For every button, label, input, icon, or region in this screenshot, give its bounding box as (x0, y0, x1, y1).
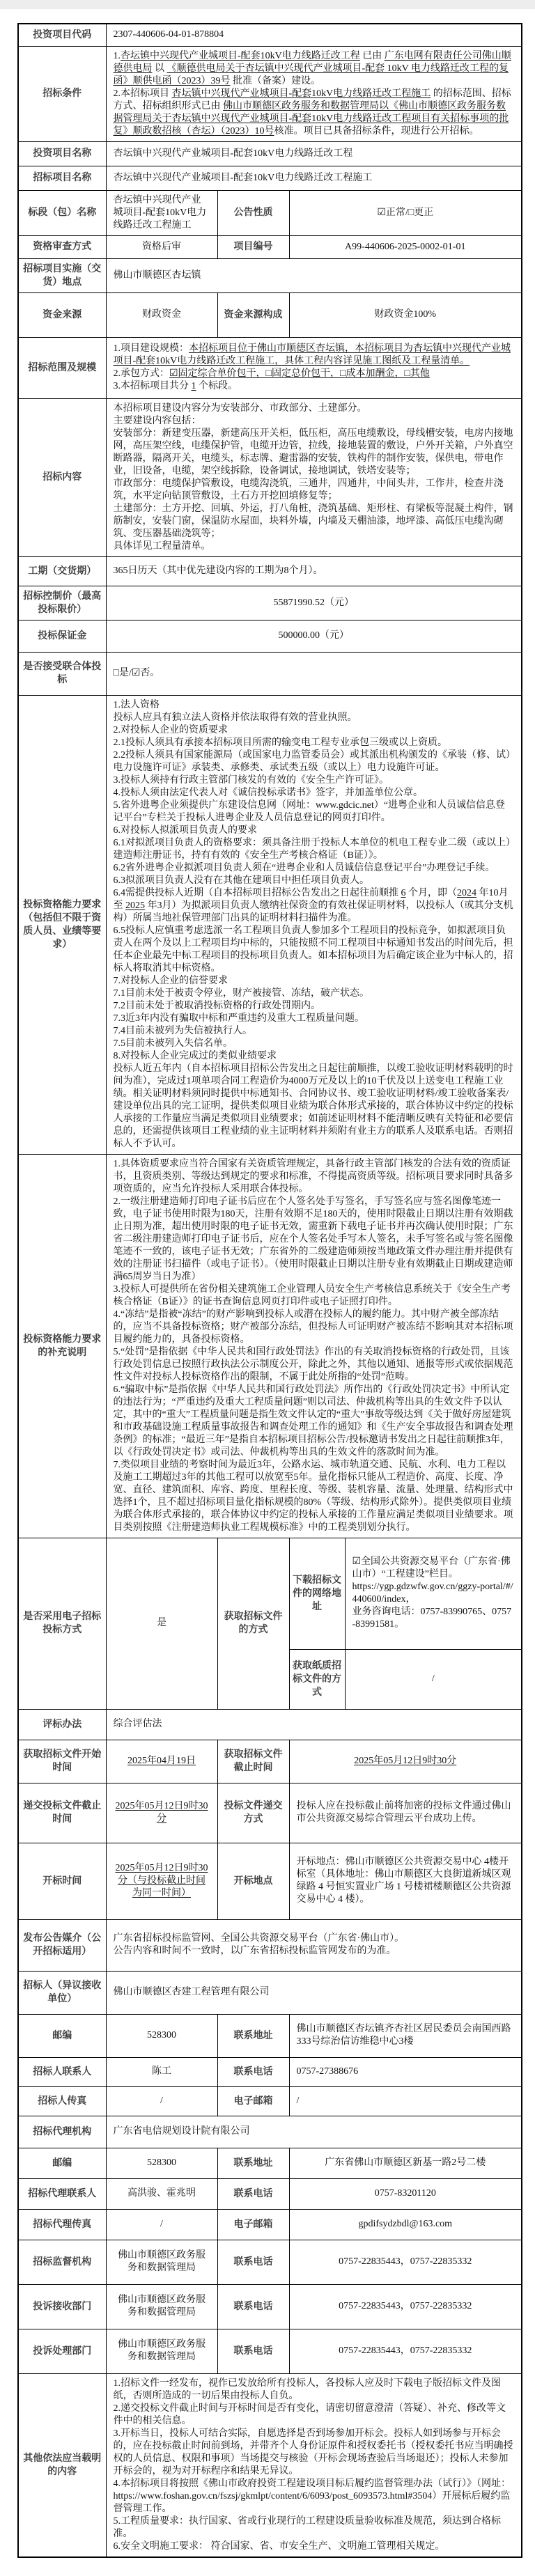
table-row: 招标人传真/电子邮箱/ (18, 2086, 522, 2116)
field-value: 0757-27388676 (289, 2057, 522, 2086)
field-label: 投诉处理部门 (18, 2329, 106, 2373)
table-row: 是否采用电子招标投标方式是获取招标文件的方式下载招标文件的网络地址☑全国公共资源… (18, 1538, 522, 1649)
table-row: 工期（交货期）365日历天（其中优先建设内容的工期为8个月）。 (18, 556, 522, 586)
table-row: 资格审查方式资格后审项目编号A99-440606-2025-0002-01-01 (18, 235, 522, 258)
field-label: 递交投标文件截止时间 (18, 1783, 106, 1843)
field-value: A99-440606-2025-0002-01-01 (289, 235, 522, 258)
table-row: 招标监督机构佛山市顺德区政务服务和数据管理局联系电话0757-22835443，… (18, 2240, 522, 2284)
field-label: 投诉接收部门 (18, 2284, 106, 2329)
field-value: □是/☑否。 (106, 652, 522, 695)
field-label: 投资项目名称 (18, 141, 106, 166)
field-label: 发布公告媒介（公开招标适用） (18, 1919, 106, 1971)
field-label: 招标范围及规模 (18, 337, 106, 398)
field-value: 开标地点：佛山市顺德区公共资源交易中心 4楼开标室（具体地址：佛山市顺德区大良街… (289, 1843, 522, 1919)
field-label: 项目编号 (217, 235, 289, 258)
field-value: 0757-22835443，0757-22835332 (289, 2329, 522, 2373)
announcement-page: 投资项目代码2307-440606-04-01-878804招标条件1.杏坛镇中… (0, 9, 535, 2558)
field-value: 财政资金 (106, 292, 217, 337)
field-label: 投标资格能力要求（包括但不限于资质人员、业绩等要求） (18, 695, 106, 1154)
field-value: 高洪骏、霍兆明 (106, 2178, 217, 2209)
table-row: 招标代理联系人高洪骏、霍兆明联系电话0757-83201120 (18, 2178, 522, 2209)
field-label: 招标项目名称 (18, 166, 106, 190)
field-label: 招标代理机构 (18, 2116, 106, 2148)
table-row: 招标条件1.杏坛镇中兴现代产业城项目-配套10kV电力线路迁改工程 已由 广东电… (18, 46, 522, 141)
field-label: 获取招标文件截止时间 (217, 1740, 289, 1783)
field-label: 招标内容 (18, 398, 106, 556)
field-value: 财政资金100% (289, 292, 522, 337)
field-value: 佛山市顺德区政务服务和数据管理局 (106, 2329, 217, 2373)
field-value: 广东省招标投标监管网、全国公共资源交易平台（广东省·佛山市）。公告内容和时间不一… (106, 1919, 522, 1971)
table-row: 招标代理机构广东省电信规划设计院有限公司 (18, 2116, 522, 2148)
field-label: 资金来源构成 (217, 292, 289, 337)
field-value: 528300 (106, 2014, 217, 2057)
table-row: 是否接受联合体投标□是/☑否。 (18, 652, 522, 695)
field-value: 综合评估法 (106, 1709, 522, 1740)
field-label: 招标人（异议接收单位） (18, 1971, 106, 2014)
field-label: 招标条件 (18, 46, 106, 141)
field-label: 资格审查方式 (18, 235, 106, 258)
field-label: 获取招标文件开始时间 (18, 1740, 106, 1783)
table-row: 递交投标文件截止时间2025年05月12日9时30分投标文件递交方式投标人应在投… (18, 1783, 522, 1843)
table-row: 标段（包）名称杏坛镇中兴现代产业城项目-配套10kV电力线路迁改工程施工公告性质… (18, 190, 522, 235)
field-label: 招标人传真 (18, 2086, 106, 2116)
table-row: 投资项目代码2307-440606-04-01-878804 (18, 24, 522, 46)
field-value: ☑正常/□更正 (289, 190, 522, 235)
table-row: 投标资格能力要求的补充说明1.具体资质要求应当符合国家有关资质管理规定，具备行政… (18, 1154, 522, 1538)
field-value: 佛山市顺德区杏建工程管理有限公司 (106, 1971, 522, 2014)
field-label: 联系地址 (217, 2148, 289, 2178)
field-label: 联系电话 (217, 2178, 289, 2209)
table-row: 发布公告媒介（公开招标适用）广东省招标投标监管网、全国公共资源交易平台（广东省·… (18, 1919, 522, 1971)
field-value: 陈工 (106, 2057, 217, 2086)
bid-announcement-table: 投资项目代码2307-440606-04-01-878804招标条件1.杏坛镇中… (17, 23, 522, 2558)
field-value: 2025年04月19日 (106, 1740, 217, 1783)
field-value: ☑全国公共资源交易平台（广东省·佛山市）“工程建设”栏目。https://ygp… (345, 1538, 522, 1649)
bid-announcement-table-body: 投资项目代码2307-440606-04-01-878804招标条件1.杏坛镇中… (18, 24, 522, 2557)
table-row: 开标时间2025年05月12日9时30分（与投标截止时间为同一时间）开标地点开标… (18, 1843, 522, 1919)
field-label: 投标保证金 (18, 620, 106, 652)
field-value: 1.招标文件一经发布，视作已发放给所有投标人，各投标人应及时下载电子版招标文件及… (106, 2373, 522, 2557)
field-value: 广东省佛山市顺德区新基一路2号二楼 (289, 2148, 522, 2178)
field-label: 是否接受联合体投标 (18, 652, 106, 695)
field-value: / (345, 1649, 522, 1709)
field-label: 投资项目代码 (18, 24, 106, 46)
field-value: 投标人应在投标截止前将加密的投标文件通过佛山市公共资源交易综合管理云平台成功上传… (289, 1783, 522, 1843)
table-row: 邮编528300联系地址佛山市顺德区杏坛镇齐杏社区居民委员会南国西路333号综治… (18, 2014, 522, 2057)
field-value: 1.项目建设规模：本招标项目位于佛山市顺德区杏坛镇，本招标项目为杏坛镇中兴现代产… (106, 337, 522, 398)
field-label: 获取招标文件的方式 (217, 1538, 289, 1709)
field-label: 开标时间 (18, 1843, 106, 1919)
field-value: 1.具体资质要求应当符合国家有关资质管理规定，具备行政主管部门核发的合法有效的资… (106, 1154, 522, 1538)
field-label: 电子邮箱 (217, 2086, 289, 2116)
field-value: 1.杏坛镇中兴现代产业城项目-配套10kV电力线路迁改工程 已由 广东电网有限责… (106, 46, 522, 141)
field-value: 佛山市顺德区政务服务和数据管理局 (106, 2240, 217, 2284)
field-label: 其他依法应当载明的内容 (18, 2373, 106, 2557)
field-label: 联系电话 (217, 2057, 289, 2086)
field-value: gpdifsydzbdl@163.com (289, 2209, 522, 2240)
page-top-strip (0, 0, 535, 9)
field-value: 365日历天（其中优先建设内容的工期为8个月）。 (106, 556, 522, 586)
field-value: 2307-440606-04-01-878804 (106, 24, 522, 46)
table-row: 投标保证金500000.00（元） (18, 620, 522, 652)
field-label: 投标资格能力要求的补充说明 (18, 1154, 106, 1538)
field-value: 2025年05月12日9时30分 (289, 1740, 522, 1783)
field-label: 公告性质 (217, 190, 289, 235)
table-row: 招标内容本招标项目建设内容分为安装部分、市政部分、土建部分。主要建设内容包括：安… (18, 398, 522, 556)
field-label: 获取纸质招标文件的方式 (289, 1649, 345, 1709)
field-value: 528300 (106, 2148, 217, 2178)
table-row: 投资项目名称杏坛镇中兴现代产业城项目-配套10kV电力线路迁改工程 (18, 141, 522, 166)
field-label: 招标控制价（最高投标限价） (18, 586, 106, 620)
field-label: 招标人联系人 (18, 2057, 106, 2086)
field-label: 评标办法 (18, 1709, 106, 1740)
field-value: 1.法人资格投标人应具有独立法人资格并依法取得有效的营业执照。2.对投标人企业的… (106, 695, 522, 1154)
table-row: 招标范围及规模1.项目建设规模：本招标项目位于佛山市顺德区杏坛镇，本招标项目为杏… (18, 337, 522, 398)
field-value: 资格后审 (106, 235, 217, 258)
field-value: / (289, 2086, 522, 2116)
field-value: / (106, 2086, 217, 2116)
field-value: 500000.00（元） (106, 620, 522, 652)
field-label: 招标代理联系人 (18, 2178, 106, 2209)
field-value: 佛山市顺德区政务服务和数据管理局 (106, 2284, 217, 2329)
field-value: 杏坛镇中兴现代产业城项目-配套10kV电力线路迁改工程施工 (106, 190, 217, 235)
field-label: 招标代理传真 (18, 2209, 106, 2240)
field-label: 联系电话 (217, 2240, 289, 2284)
field-label: 招标项目实施（交货）地点 (18, 258, 106, 292)
field-value: 佛山市顺德区杏坛镇齐杏社区居民委员会南国西路333号综治信访维稳中心3楼 (289, 2014, 522, 2057)
table-row: 投标资格能力要求（包括但不限于资质人员、业绩等要求）1.法人资格投标人应具有独立… (18, 695, 522, 1154)
table-row: 招标项目名称杏坛镇中兴现代产业城项目-配套10kV电力线路迁改工程施工 (18, 166, 522, 190)
field-value: / (106, 2209, 217, 2240)
field-label: 是否采用电子招标投标方式 (18, 1538, 106, 1709)
table-row: 投诉接收部门佛山市顺德区政务服务和数据管理局联系电话0757-22835443，… (18, 2284, 522, 2329)
table-row: 其他依法应当载明的内容1.招标文件一经发布，视作已发放给所有投标人，各投标人应及… (18, 2373, 522, 2557)
field-label: 邮编 (18, 2148, 106, 2178)
field-value: 杏坛镇中兴现代产业城项目-配套10kV电力线路迁改工程 (106, 141, 522, 166)
table-row: 投诉处理部门佛山市顺德区政务服务和数据管理局联系电话0757-22835443，… (18, 2329, 522, 2373)
field-label: 招标监督机构 (18, 2240, 106, 2284)
field-label: 电子邮箱 (217, 2209, 289, 2240)
field-value: 2025年05月12日9时30分（与投标截止时间为同一时间） (106, 1843, 217, 1919)
table-row: 招标人联系人陈工联系电话0757-27388676 (18, 2057, 522, 2086)
field-label: 投标文件递交方式 (217, 1783, 289, 1843)
table-row: 招标代理传真/电子邮箱gpdifsydzbdl@163.com (18, 2209, 522, 2240)
field-label: 工期（交货期） (18, 556, 106, 586)
field-value: 本招标项目建设内容分为安装部分、市政部分、土建部分。主要建设内容包括：安装部分：… (106, 398, 522, 556)
field-value: 0757-22835443，0757-22835332 (289, 2240, 522, 2284)
field-value: 是 (106, 1538, 217, 1709)
table-row: 评标办法综合评估法 (18, 1709, 522, 1740)
field-label: 邮编 (18, 2014, 106, 2057)
table-row: 获取招标文件开始时间2025年04月19日获取招标文件截止时间2025年05月1… (18, 1740, 522, 1783)
field-value: 杏坛镇中兴现代产业城项目-配套10kV电力线路迁改工程施工 (106, 166, 522, 190)
table-row: 招标人（异议接收单位）佛山市顺德区杏建工程管理有限公司 (18, 1971, 522, 2014)
field-label: 开标地点 (217, 1843, 289, 1919)
table-row: 招标项目实施（交货）地点佛山市顺德区杏坛镇 (18, 258, 522, 292)
field-label: 资金来源 (18, 292, 106, 337)
field-label: 联系地址 (217, 2014, 289, 2057)
table-row: 资金来源财政资金资金来源构成财政资金100% (18, 292, 522, 337)
field-label: 联系电话 (217, 2329, 289, 2373)
field-value: 2025年05月12日9时30分 (106, 1783, 217, 1843)
field-value: 0757-83201120 (289, 2178, 522, 2209)
table-row: 邮编528300联系地址广东省佛山市顺德区新基一路2号二楼 (18, 2148, 522, 2178)
field-value: 0757-22835443，0757-22835332 (289, 2284, 522, 2329)
table-row: 招标控制价（最高投标限价）55871990.52（元） (18, 586, 522, 620)
field-value: 佛山市顺德区杏坛镇 (106, 258, 522, 292)
field-label: 下载招标文件的网络地址 (289, 1538, 345, 1649)
field-value: 55871990.52（元） (106, 586, 522, 620)
field-label: 标段（包）名称 (18, 190, 106, 235)
field-label: 联系电话 (217, 2284, 289, 2329)
field-value: 广东省电信规划设计院有限公司 (106, 2116, 522, 2148)
